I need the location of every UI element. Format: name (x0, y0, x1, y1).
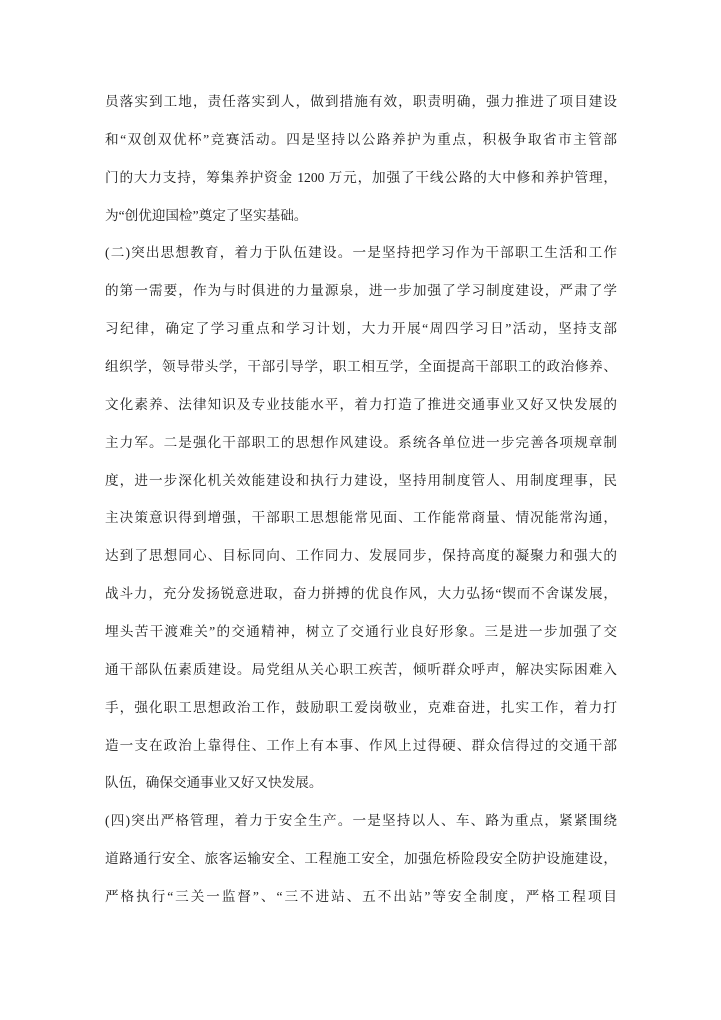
text-line: 门的大力支持，筹集养护资金 1200 万元，加强了干线公路的大中修和养护管理， (105, 159, 617, 197)
text-line: 严格执行“三关一监督”、“三不进站、五不出站”等安全制度，严格工程项目 (105, 878, 617, 916)
paragraph-3: (四)突出严格管理，着力于安全生产。一是坚持以人、车、路为重点，紧紧围绕道路通行… (105, 802, 617, 916)
text-line: (四)突出严格管理，着力于安全生产。一是坚持以人、车、路为重点，紧紧围绕 (105, 802, 617, 840)
text-line: 文化素养、法律知识及专业技能水平，着力打造了推进交通事业又好又快发展的 (105, 386, 617, 424)
text-line: 主力军。二是强化干部职工的思想作风建设。系统各单位进一步完善各项规章制 (105, 424, 617, 462)
text-line: 达到了思想同心、目标同向、工作同力、发展同步，保持高度的凝聚力和强大的 (105, 537, 617, 575)
text-line: 组织学，领导带头学，干部引导学，职工相互学，全面提高干部职工的政治修养、 (105, 348, 617, 386)
text-line: 度，进一步深化机关效能建设和执行力建设，坚持用制度管人、用制度理事，民 (105, 462, 617, 500)
text-line: 和“双创双优杯”竞赛活动。四是坚持以公路养护为重点，积极争取省市主管部 (105, 121, 617, 159)
text-line: 为“创优迎国检”奠定了坚实基础。 (105, 197, 617, 235)
text-line: 员落实到工地，责任落实到人，做到措施有效，职责明确，强力推进了项目建设 (105, 83, 617, 121)
text-line: 主决策意识得到增强，干部职工思想能常见面、工作能常商量、情况能常沟通， (105, 499, 617, 537)
text-line: 道路通行安全、旅客运输安全、工程施工安全，加强危桥险段安全防护设施建设， (105, 840, 617, 878)
text-line: (二)突出思想教育，着力于队伍建设。一是坚持把学习作为干部职工生活和工作 (105, 234, 617, 272)
paragraph-1: 员落实到工地，责任落实到人，做到措施有效，职责明确，强力推进了项目建设和“双创双… (105, 83, 617, 234)
document-page: 员落实到工地，责任落实到人，做到措施有效，职责明确，强力推进了项目建设和“双创双… (0, 0, 721, 1020)
document-body: 员落实到工地，责任落实到人，做到措施有效，职责明确，强力推进了项目建设和“双创双… (105, 83, 617, 916)
text-line: 队伍，确保交通事业又好又快发展。 (105, 764, 617, 802)
text-line: 战斗力，充分发扬锐意进取，奋力拼搏的优良作风，大力弘扬“锲而不舍谋发展， (105, 575, 617, 613)
text-line: 手，强化职工思想政治工作，鼓励职工爱岗敬业，克难奋进，扎实工作，着力打 (105, 689, 617, 727)
text-line: 埋头苦干渡难关”的交通精神，树立了交通行业良好形象。三是进一步加强了交 (105, 613, 617, 651)
text-line: 造一支在政治上靠得住、工作上有本事、作风上过得硬、群众信得过的交通干部 (105, 727, 617, 765)
text-line: 习纪律，确定了学习重点和学习计划，大力开展“周四学习日”活动，坚持支部 (105, 310, 617, 348)
text-line: 的第一需要，作为与时俱进的力量源泉，进一步加强了学习制度建设，严肃了学 (105, 272, 617, 310)
paragraph-2: (二)突出思想教育，着力于队伍建设。一是坚持把学习作为干部职工生活和工作的第一需… (105, 234, 617, 802)
text-line: 通干部队伍素质建设。局党组从关心职工疾苦，倾听群众呼声，解决实际困难入 (105, 651, 617, 689)
